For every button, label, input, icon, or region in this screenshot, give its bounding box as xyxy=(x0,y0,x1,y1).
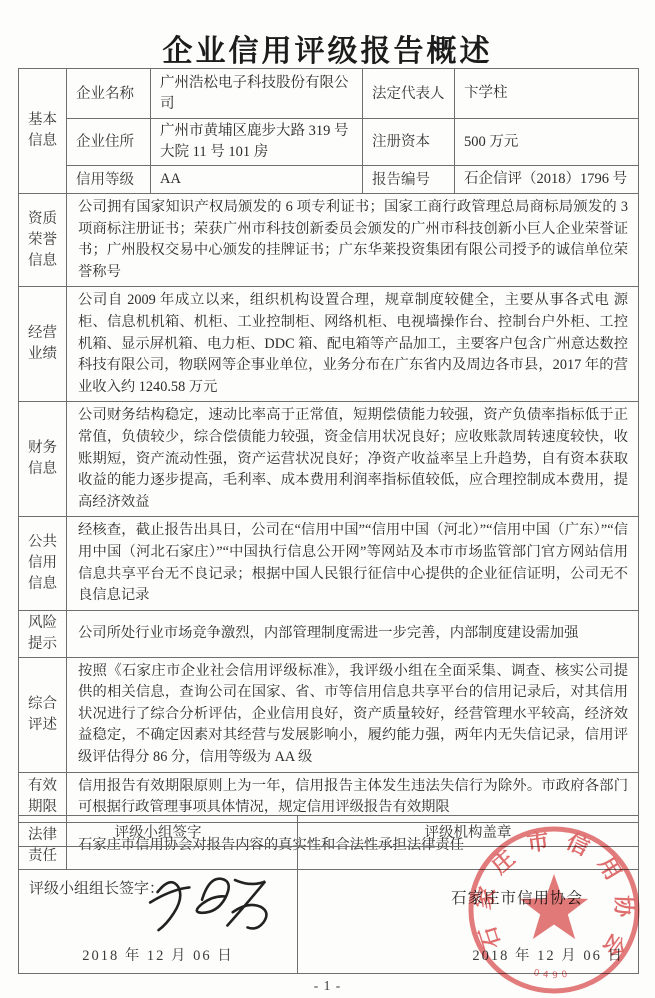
section-label-qualifications: 资质荣誉信息 xyxy=(19,194,67,287)
section-text-business-performance: 公司自 2009 年成立以来，组织机构设置合理，规章制度较健全，主要从事各式电 … xyxy=(67,287,639,402)
table-row: 信用等级 AA 报告编号 石企信评（2018）1796 号 xyxy=(19,166,639,194)
field-value-company-name: 广州浩松电子科技股份有限公司 xyxy=(151,69,363,119)
field-label-company-address: 企业住所 xyxy=(67,119,151,166)
team-signature-date: 2018 年 12 月 06 日 xyxy=(19,944,297,965)
handwritten-signature xyxy=(144,855,289,948)
field-label-company-name: 企业名称 xyxy=(67,69,151,119)
agency-name-text: 石家庄市信用协会 xyxy=(451,886,583,908)
field-label-report-number: 报告编号 xyxy=(363,166,455,194)
signature-table: 评级小组签字 评级机构盖章 评级小组组长签字： xyxy=(18,815,639,974)
table-row: 经营业绩 公司自 2009 年成立以来，组织机构设置合理，规章制度较健全，主要从… xyxy=(19,287,639,402)
section-label-public-credit: 公共信用信息 xyxy=(19,517,67,610)
section-text-financial-info: 公司财务结构稳定，速动比率高于正常值，短期偿债能力较强，资产负债率指标低于正常值… xyxy=(67,402,639,517)
field-value-legal-representative: 卞学柱 xyxy=(455,69,639,119)
page-number: - 1 - xyxy=(0,978,655,994)
table-row: 评级小组组长签字： 2018 年 12 月 06 日 石家 xyxy=(19,847,639,974)
agency-seal-date: 2018 年 12 月 06 日 xyxy=(472,944,624,965)
section-label-comprehensive-review: 综合评述 xyxy=(19,657,67,772)
table-row: 综合评述 按照《石家庄市企业社会信用评级标准》，我评级小组在全面采集、调查、核实… xyxy=(19,657,639,772)
section-text-qualifications: 公司拥有国家知识产权局颁发的 6 项专利证书；国家工商行政管理总局商标局颁发的 … xyxy=(67,194,639,287)
section-text-public-credit: 经核查，截止报告出具日，公司在“信用中国”“信用中国（河北）”“信用中国（广东）… xyxy=(67,517,639,610)
field-value-registered-capital: 500 万元 xyxy=(455,119,639,166)
section-text-risk-warning: 公司所处行业市场竞争激烈，内部管理制度需进一步完善，内部制度建设需加强 xyxy=(67,610,639,657)
signature-strokes xyxy=(149,876,268,934)
signature-agency-header: 评级机构盖章 xyxy=(298,816,639,847)
table-row: 资质荣誉信息 公司拥有国家知识产权局颁发的 6 项专利证书；国家工商行政管理总局… xyxy=(19,194,639,287)
report-page: 企业信用评级报告概述 基本信息 企业名称 广州浩松电子科技股份有限公司 法定代表… xyxy=(0,0,655,70)
field-label-registered-capital: 注册资本 xyxy=(363,119,455,166)
section-label-financial-info: 财务信息 xyxy=(19,402,67,517)
signature-agency-cell: 石家庄市信用协会 2018 年 12 月 06 日 xyxy=(298,847,639,974)
table-row: 财务信息 公司财务结构稳定，速动比率高于正常值，短期偿债能力较强，资产负债率指标… xyxy=(19,402,639,517)
report-main-table: 基本信息 企业名称 广州浩松电子科技股份有限公司 法定代表人 卞学柱 企业住所 … xyxy=(18,68,639,870)
section-label-business-performance: 经营业绩 xyxy=(19,287,67,402)
field-value-report-number: 石企信评（2018）1796 号 xyxy=(455,166,639,194)
section-text-comprehensive-review: 按照《石家庄市企业社会信用评级标准》，我评级小组在全面采集、调查、核实公司提供的… xyxy=(67,657,639,772)
page-title: 企业信用评级报告概述 xyxy=(0,0,655,70)
field-label-legal-representative: 法定代表人 xyxy=(363,69,455,119)
table-row: 公共信用信息 经核查，截止报告出具日，公司在“信用中国”“信用中国（河北）”“信… xyxy=(19,517,639,610)
table-row: 基本信息 企业名称 广州浩松电子科技股份有限公司 法定代表人 卞学柱 xyxy=(19,69,639,119)
table-row: 评级小组签字 评级机构盖章 xyxy=(19,816,639,847)
signature-team-header: 评级小组签字 xyxy=(19,816,298,847)
table-row: 风险提示 公司所处行业市场竞争激烈，内部管理制度需进一步完善，内部制度建设需加强 xyxy=(19,610,639,657)
field-label-credit-rating: 信用等级 xyxy=(67,166,151,194)
section-label-basic-info: 基本信息 xyxy=(19,69,67,194)
section-label-risk-warning: 风险提示 xyxy=(19,610,67,657)
table-row: 企业住所 广州市黄埔区鹿步大路 319 号大院 11 号 101 房 注册资本 … xyxy=(19,119,639,166)
field-value-credit-rating: AA xyxy=(151,166,363,194)
signature-team-cell: 评级小组组长签字： 2018 年 12 月 06 日 xyxy=(19,847,298,974)
field-value-company-address: 广州市黄埔区鹿步大路 319 号大院 11 号 101 房 xyxy=(151,119,363,166)
